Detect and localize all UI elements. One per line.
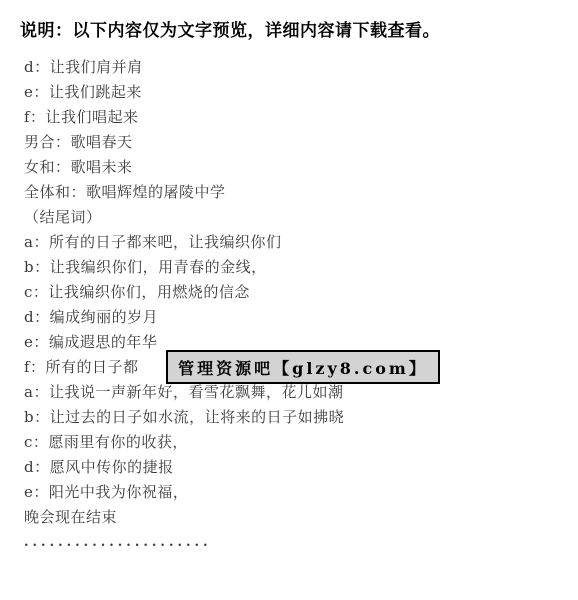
preview-line: d：愿风中传你的捷报 [24,455,554,480]
preview-line: e：让我们跳起来 [24,80,554,105]
watermark-box: 管理资源吧【glzy8.com】 [166,350,440,384]
preview-line: （结尾词） [24,205,554,230]
preview-line: 男合：歌唱春天 [24,130,554,155]
preview-content: d：让我们肩并肩 e：让我们跳起来 f：让我们唱起来 男合：歌唱春天 女和：歌唱… [24,55,554,555]
preview-line: e：阳光中我为你祝福， [24,480,554,505]
preview-line: d：编成绚丽的岁月 [24,305,554,330]
preview-line: d：让我们肩并肩 [24,55,554,80]
preview-line: c：愿雨里有你的收获， [24,430,554,455]
preview-line: 全体和：歌唱辉煌的屠陵中学 [24,180,554,205]
preview-line: f：让我们唱起来 [24,105,554,130]
preview-line: b：让我编织你们，用青春的金线， [24,255,554,280]
preview-line: a：所有的日子都来吧，让我编织你们 [24,230,554,255]
preview-notice: 说明：以下内容仅为文字预览，详细内容请下载查看。 [0,0,578,41]
preview-line: b：让过去的日子如水流，让将来的日子如拂晓 [24,405,554,430]
dots-separator: ...................... [24,530,554,555]
preview-line: 晚会现在结束 [24,505,554,530]
preview-page: 说明：以下内容仅为文字预览，详细内容请下载查看。 d：让我们肩并肩 e：让我们跳… [0,0,578,600]
preview-line: c：让我编织你们，用燃烧的信念 [24,280,554,305]
preview-line: 女和：歌唱未来 [24,155,554,180]
